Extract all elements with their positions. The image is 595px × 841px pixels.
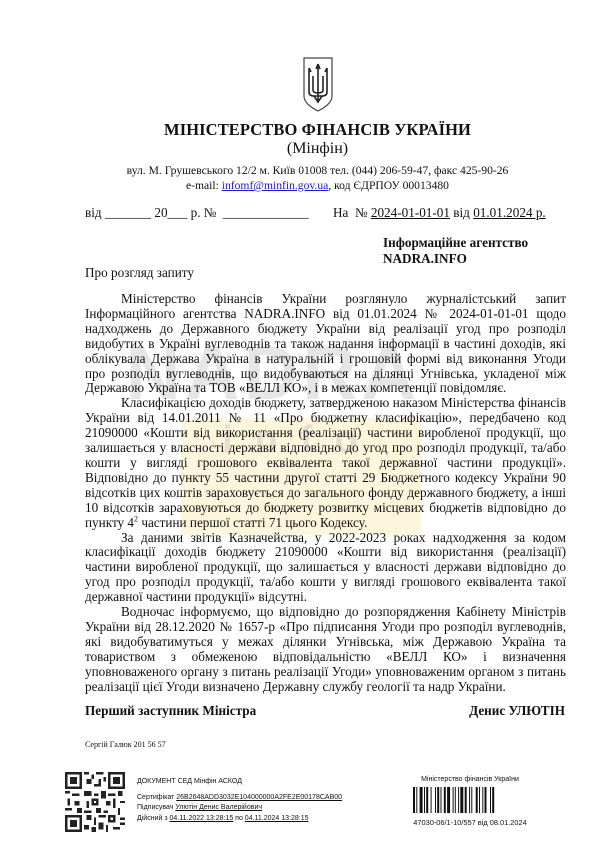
validity-line: Дійсний з 04.11.2022 13:28:15 по 04.11.2… <box>137 814 342 825</box>
ministry-short-name: (Мінфін) <box>0 140 595 158</box>
paragraph-1: Міністерство фінансів України розглянуло… <box>85 292 566 396</box>
signer-name: Улютін Денис Валерійович <box>175 804 262 811</box>
signatory-name: Денис УЛЮТІН <box>469 703 565 719</box>
signer-line: Підписувач Улютін Денис Валерійович <box>137 803 342 814</box>
subject: Про розгляд запиту <box>85 265 194 281</box>
edrpou-code: , код ЄДРПОУ 00013480 <box>328 179 449 192</box>
paragraph-4: Водночас інформуємо, що відповідно до ро… <box>85 605 566 694</box>
reply-date: 01.01.2024 р. <box>473 205 546 220</box>
signatory-title: Перший заступник Міністра <box>85 703 256 719</box>
paragraph-2: Класифікацією доходів бюджету, затвердже… <box>85 396 566 530</box>
reply-reference: На № 2024-01-01-01 від 01.01.2024 р. <box>333 205 546 221</box>
barcode-icon <box>413 787 525 813</box>
contact-line: e-mail: infomf@minfin.gov.ua, код ЄДРПОУ… <box>0 179 595 192</box>
certificate-id: 26B2648ADD3032E104000000A2FE2E00178CAB00 <box>176 794 342 801</box>
executor: Сергій Галюк 201 56 57 <box>85 740 166 749</box>
sed-system: ДОКУМЕНТ СЕД Мінфін АСКОД <box>137 777 342 788</box>
email-link[interactable]: infomf@minfin.gov.ua <box>222 179 329 192</box>
letter-body: Міністерство фінансів України розглянуло… <box>85 292 566 694</box>
email-label: e-mail: <box>186 179 222 192</box>
ukraine-trident-icon <box>303 56 333 112</box>
e-signature-block: ДОКУМЕНТ СЕД Мінфін АСКОД Сертифікат 26B… <box>137 777 342 824</box>
addressee: Інформаційне агентство NADRA.INFO <box>383 235 528 267</box>
paragraph-3: За даними звітів Казначейства, у 2022-20… <box>85 531 566 606</box>
outgoing-date-number: від _______ 20___ р. № _____________ <box>85 205 309 221</box>
qr-code-icon <box>65 772 125 832</box>
registration-org: Міністерство фінансів України <box>395 776 545 783</box>
ministry-name: МІНІСТЕРСТВО ФІНАНСІВ УКРАЇНИ <box>0 120 595 140</box>
registration-number: 47030-06/1-10/557 від 08.01.2024 <box>395 818 545 827</box>
ministry-address: вул. М. Грушевського 12/2 м. Київ 01008 … <box>0 164 595 177</box>
certificate-line: Сертифікат 26B2648ADD3032E104000000A2FE2… <box>137 793 342 804</box>
reply-number: 2024-01-01-01 <box>371 205 450 220</box>
